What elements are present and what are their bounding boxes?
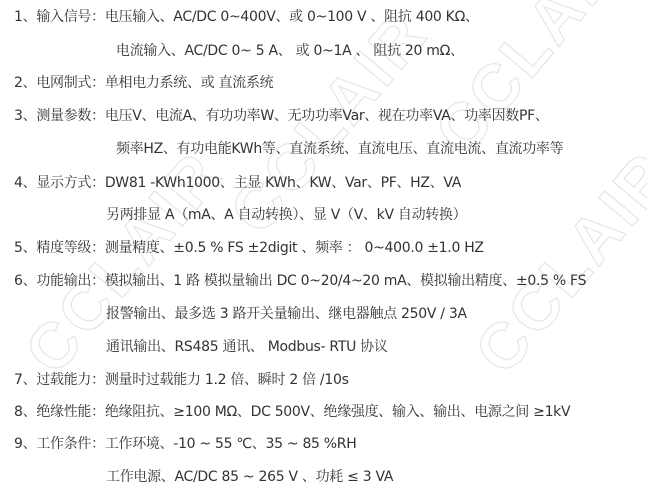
spec-number: 1、: [14, 7, 36, 27]
spec-label: 输入信号：: [36, 7, 105, 27]
spec-value: 电压V、电流A、有功功率W、无功功率Var、视在功率VA、功率因数PF、: [105, 106, 549, 126]
spec-item-overload: 7、过载能力：测量时过载能力 1.2 倍、瞬时 2 倍 /10s: [14, 370, 349, 390]
spec-value: DW81 -KWh1000、主显 KWh、KW、Var、PF、HZ、VA: [105, 173, 461, 193]
spec-number: 7、: [14, 370, 36, 390]
spec-item-power-supply: 工作电源、AC/DC 85 ~ 265 V 、功耗 ≤ 3 VA: [106, 467, 393, 487]
spec-item-function-output: 6、功能输出：模拟输出、1 路 模拟量输出 DC 0~20/4~20 mA、模拟…: [14, 271, 586, 291]
spec-value: 工作电源、AC/DC 85 ~ 265 V 、功耗 ≤ 3 VA: [106, 467, 393, 487]
spec-item-insulation: 8、绝缘性能：绝缘阻抗、≥100 MΩ、DC 500V、绝缘强度、输入、输出、电…: [14, 402, 570, 422]
spec-label: 绝缘性能：: [36, 402, 105, 422]
spec-value: 工作环境、-10 ~ 55 ℃、35 ~ 85 %RH: [105, 434, 357, 454]
spec-number: 5、: [14, 238, 36, 258]
spec-value: 电流输入、AC/DC 0~ 5 A、 或 0~1A 、 阻抗 20 mΩ、: [116, 41, 464, 61]
spec-item-accuracy: 5、精度等级：测量精度、±0.5 % FS ±2digit 、频率 ： 0~40…: [14, 238, 484, 258]
spec-item-input-signal: 1、输入信号：电压输入、AC/DC 0~400V、或 0~100 V 、阻抗 4…: [14, 7, 479, 27]
spec-value: 测量精度、±0.5 % FS ±2digit 、频率 ： 0~400.0 ±1.…: [105, 238, 484, 258]
spec-label: 功能输出：: [36, 271, 105, 291]
spec-value: 通讯输出、RS485 通讯、 Modbus- RTU 协议: [106, 337, 388, 357]
spec-number: 8、: [14, 402, 36, 422]
watermark-text: CCLAIR: [460, 136, 647, 387]
spec-value: 另两排显 A（mA、A 自动转换）、显 V（V、kV 自动转换）: [106, 205, 466, 225]
spec-label: 精度等级：: [36, 238, 105, 258]
spec-number: 6、: [14, 271, 36, 291]
spec-number: 2、: [14, 73, 36, 93]
spec-item-comm-output: 通讯输出、RS485 通讯、 Modbus- RTU 协议: [106, 337, 388, 357]
spec-number: 4、: [14, 173, 36, 193]
spec-item-input-signal-cont: 电流输入、AC/DC 0~ 5 A、 或 0~1A 、 阻抗 20 mΩ、: [116, 41, 464, 61]
spec-number: 3、: [14, 106, 36, 126]
spec-number: 9、: [14, 434, 36, 454]
spec-label: 电网制式：: [36, 73, 105, 93]
spec-value: 报警输出、最多选 3 路开关量输出、继电器触点 250V / 3A: [106, 304, 467, 324]
spec-item-measured-params-cont: 频率HZ、有功电能KWh等、直流系统、直流电压、直流电流、直流功率等: [116, 139, 563, 159]
spec-value: 频率HZ、有功电能KWh等、直流系统、直流电压、直流电流、直流功率等: [116, 139, 563, 159]
spec-item-measured-params: 3、测量参数：电压V、电流A、有功功率W、无功功率Var、视在功率VA、功率因数…: [14, 106, 549, 126]
spec-value: 测量时过载能力 1.2 倍、瞬时 2 倍 /10s: [105, 370, 349, 390]
spec-value: 绝缘阻抗、≥100 MΩ、DC 500V、绝缘强度、输入、输出、电源之间 ≥1k…: [105, 402, 570, 422]
spec-item-alarm-output: 报警输出、最多选 3 路开关量输出、继电器触点 250V / 3A: [106, 304, 467, 324]
spec-item-display-mode-cont: 另两排显 A（mA、A 自动转换）、显 V（V、kV 自动转换）: [106, 205, 466, 225]
spec-label: 过载能力：: [36, 370, 105, 390]
spec-value: 模拟输出、1 路 模拟量输出 DC 0~20/4~20 mA、模拟输出精度、±0…: [105, 271, 586, 291]
spec-value: 单相电力系统、或 直流系统: [105, 73, 274, 93]
spec-label: 显示方式：: [36, 173, 105, 193]
spec-item-display-mode: 4、显示方式：DW81 -KWh1000、主显 KWh、KW、Var、PF、HZ…: [14, 173, 461, 193]
spec-label: 工作条件：: [36, 434, 105, 454]
spec-item-grid-type: 2、电网制式：单相电力系统、或 直流系统: [14, 73, 273, 93]
spec-value: 电压输入、AC/DC 0~400V、或 0~100 V 、阻抗 400 KΩ、: [105, 7, 479, 27]
spec-label: 测量参数：: [36, 106, 105, 126]
spec-item-working-conditions: 9、工作条件：工作环境、-10 ~ 55 ℃、35 ~ 85 %RH: [14, 434, 356, 454]
